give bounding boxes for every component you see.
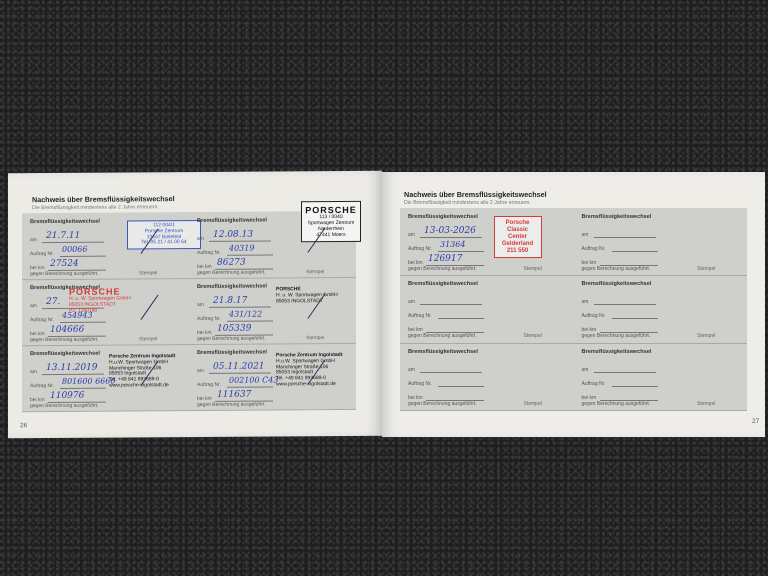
footer-text: gegen Berechnung ausgeführt. [582, 333, 651, 339]
record-cell: BremsflüssigkeitswechselamAuftrag Nr.bei… [574, 275, 748, 342]
order-line [60, 322, 106, 323]
date-label: am [408, 367, 415, 373]
order-line [60, 256, 106, 257]
dealer-stamp: PorscheClassicCenterGelderland211 550 [494, 216, 542, 258]
order-number-label: Auftrag Nr. [582, 246, 606, 252]
dealer-stamp: PORSCHEH. u. W. Sportwagen GmbH85053 ING… [276, 287, 338, 305]
record-cell: Bremsflüssigkeitswechselam13.11.2019Auft… [22, 344, 189, 411]
date-value: 13.11.2019 [46, 363, 98, 373]
stamp-label: Stempel [524, 401, 542, 407]
date-label: am [582, 299, 589, 305]
page-title: Nachweis über Bremsflüssigkeitswechsel [32, 194, 175, 204]
stamp-label: Stempel [306, 269, 324, 275]
page-subtitle: Die Bremsflüssigkeit mindestens alle 2 J… [32, 204, 159, 211]
date-line [420, 372, 482, 373]
date-line [420, 237, 482, 238]
order-number-value: 40319 [229, 244, 254, 253]
date-label: am [582, 367, 589, 373]
left-page: Nachweis über Bremsflüssigkeitswechsel D… [8, 171, 382, 439]
order-line [612, 251, 658, 252]
mileage-value: 111637 [217, 390, 251, 400]
order-number-label: Auftrag Nr. [582, 381, 606, 387]
footer-text: gegen Berechnung ausgeführt. [30, 403, 99, 409]
date-value: 21.8.17 [213, 296, 247, 306]
page-title: Nachweis über Bremsflüssigkeitswechsel [404, 190, 547, 199]
date-label: am [30, 237, 37, 243]
stamp-label: Stempel [697, 401, 715, 407]
footer-text: gegen Berechnung ausgeführt. [408, 266, 477, 272]
record-cell: BremsflüssigkeitswechselamAuftrag Nr.bei… [574, 343, 748, 410]
record-header: Bremsflüssigkeitswechsel [408, 349, 478, 355]
order-number-label: Auftrag Nr. [30, 383, 54, 389]
order-line [60, 388, 106, 389]
order-line [227, 320, 273, 321]
record-header: Bremsflüssigkeitswechsel [197, 283, 267, 289]
page-number: 26 [20, 422, 27, 429]
mileage-value: 104666 [50, 325, 84, 335]
record-row: Bremsflüssigkeitswechselam21.7.11Auftrag… [22, 211, 356, 280]
footer-text: gegen Berechnung ausgeführt. [408, 401, 477, 407]
stamp-label: Stempel [524, 266, 542, 272]
date-line [209, 372, 271, 373]
footer-text: gegen Berechnung ausgeführt. [408, 333, 477, 339]
record-row: BremsflüssigkeitswechselamAuftrag Nr.bei… [400, 343, 747, 411]
order-line [612, 386, 658, 387]
record-cell: Bremsflüssigkeitswechselam21.7.11Auftrag… [22, 212, 189, 279]
record-header: Bremsflüssigkeitswechsel [408, 281, 478, 287]
record-header: Bremsflüssigkeitswechsel [30, 219, 100, 225]
record-cell: BremsflüssigkeitswechselamAuftrag Nr.bei… [400, 343, 574, 410]
date-value: 13-03-2026 [424, 226, 476, 236]
stamp-label: Stempel [697, 266, 715, 272]
record-header: Bremsflüssigkeitswechsel [582, 281, 652, 287]
mileage-value: 27524 [50, 259, 79, 269]
footer-text: gegen Berechnung ausgeführt. [197, 336, 266, 342]
stamp-line: PZ: 1180180 [69, 308, 131, 314]
date-label: am [408, 299, 415, 305]
date-label: am [197, 302, 204, 308]
footer-text: gegen Berechnung ausgeführt. [582, 266, 651, 272]
signature-mark [140, 295, 158, 320]
record-cell: Bremsflüssigkeitswechselam21.8.17Auftrag… [189, 277, 356, 344]
record-row: Bremsflüssigkeitswechselam13-03-2026Auft… [400, 208, 747, 276]
date-value: 05.11.2021 [213, 362, 265, 372]
mileage-value: 105339 [217, 324, 251, 334]
footer-text: gegen Berechnung ausgeführt. [197, 270, 266, 276]
record-table: Bremsflüssigkeitswechselam13-03-2026Auft… [400, 208, 747, 410]
record-header: Bremsflüssigkeitswechsel [30, 351, 100, 357]
record-cell: Bremsflüssigkeitswechselam05.11.2021Auft… [189, 343, 356, 410]
record-header: Bremsflüssigkeitswechsel [582, 214, 652, 220]
order-number-value: 00066 [62, 245, 87, 254]
record-cell: BremsflüssigkeitswechselamAuftrag Nr.bei… [574, 208, 748, 275]
date-value: 21.7.11 [46, 231, 80, 241]
record-header: Bremsflüssigkeitswechsel [408, 214, 478, 220]
date-label: am [197, 368, 204, 374]
date-line [42, 242, 104, 243]
order-number-value: 431/122 [229, 310, 262, 319]
order-number-label: Auftrag Nr. [408, 313, 432, 319]
mileage-value: 86273 [217, 258, 246, 268]
service-booklet: Nachweis über Bremsflüssigkeitswechsel D… [8, 172, 765, 437]
stamp-label: Stempel [697, 333, 715, 339]
order-line [438, 251, 484, 252]
mileage-value: 110976 [50, 391, 84, 401]
record-row: BremsflüssigkeitswechselamAuftrag Nr.bei… [400, 275, 747, 343]
record-row: Bremsflüssigkeitswechselam13.11.2019Auft… [22, 343, 356, 412]
footer-text: gegen Berechnung ausgeführt. [197, 402, 266, 408]
stamp-label: Stempel [139, 336, 157, 342]
record-cell: Bremsflüssigkeitswechselam12.08.13Auftra… [189, 211, 356, 278]
order-number-label: Auftrag Nr. [582, 313, 606, 319]
right-page: Nachweis über Bremsflüssigkeitswechsel D… [382, 172, 765, 437]
record-cell: Bremsflüssigkeitswechselam27.Auftrag Nr.… [22, 278, 189, 345]
order-number-label: Auftrag Nr. [197, 382, 221, 388]
dealer-stamp: PORSCHEH. u. W. Sportwagen GmbH85053 ING… [69, 286, 131, 314]
record-cell: BremsflüssigkeitswechselamAuftrag Nr.bei… [400, 275, 574, 342]
stamp-line: Tel. 05 21 / 41 00 64 [130, 240, 198, 246]
order-number-label: Auftrag Nr. [197, 316, 221, 322]
date-line [42, 374, 104, 375]
record-header: Bremsflüssigkeitswechsel [197, 349, 267, 355]
order-number-label: Auftrag Nr. [408, 381, 432, 387]
record-header: Bremsflüssigkeitswechsel [197, 217, 267, 223]
stamp-line: 211 550 [498, 248, 538, 255]
page-number: 27 [752, 418, 759, 425]
stamp-line: Classic [498, 227, 538, 234]
order-line [227, 254, 273, 255]
date-label: am [408, 232, 415, 238]
footer-text: gegen Berechnung ausgeführt. [30, 271, 99, 277]
date-line [209, 240, 271, 241]
order-number-label: Auftrag Nr. [30, 317, 54, 323]
date-label: am [30, 303, 37, 309]
stamp-line: Porsche [498, 220, 538, 227]
order-number-value: 31364 [440, 240, 465, 249]
stamp-line: Gelderland [498, 241, 538, 248]
footer-text: gegen Berechnung ausgeführt. [582, 401, 651, 407]
date-value: 27. [46, 297, 60, 307]
order-number-label: Auftrag Nr. [197, 250, 221, 256]
page-subtitle: Die Bremsflüssigkeit mindestens alle 2 J… [404, 200, 531, 206]
stamp-label: Stempel [524, 333, 542, 339]
date-value: 12.08.13 [213, 230, 253, 240]
date-label: am [30, 369, 37, 375]
record-header: Bremsflüssigkeitswechsel [582, 349, 652, 355]
date-line [420, 304, 482, 305]
record-table: Bremsflüssigkeitswechselam21.7.11Auftrag… [22, 211, 356, 411]
order-line [438, 386, 484, 387]
date-label: am [582, 232, 589, 238]
date-line [594, 304, 656, 305]
order-number-value: 002100 C43 [229, 375, 278, 384]
stamp-label: Stempel [306, 335, 324, 341]
date-label: am [197, 236, 204, 242]
date-line [209, 306, 271, 307]
order-number-label: Auftrag Nr. [408, 246, 432, 252]
record-cell: Bremsflüssigkeitswechselam13-03-2026Auft… [400, 208, 574, 275]
order-line [612, 318, 658, 319]
stamp-label: Stempel [139, 270, 157, 276]
record-row: Bremsflüssigkeitswechselam27.Auftrag Nr.… [22, 277, 356, 346]
date-line [594, 372, 656, 373]
order-number-label: Auftrag Nr. [30, 251, 54, 257]
order-line [438, 318, 484, 319]
footer-text: gegen Berechnung ausgeführt. [30, 337, 99, 343]
stamp-line: Center [498, 234, 538, 241]
order-number-value: 801600 6660 [62, 377, 115, 386]
mileage-value: 126917 [428, 254, 462, 264]
order-line [227, 386, 273, 387]
stamp-line: 85053 INGOLSTADT [276, 299, 338, 305]
date-line [594, 237, 656, 238]
stamp-line: 47441 Moers [305, 232, 357, 238]
dealer-stamp: PORSCHE113 / 0040Sportwagen ZentrumNiede… [301, 201, 361, 243]
